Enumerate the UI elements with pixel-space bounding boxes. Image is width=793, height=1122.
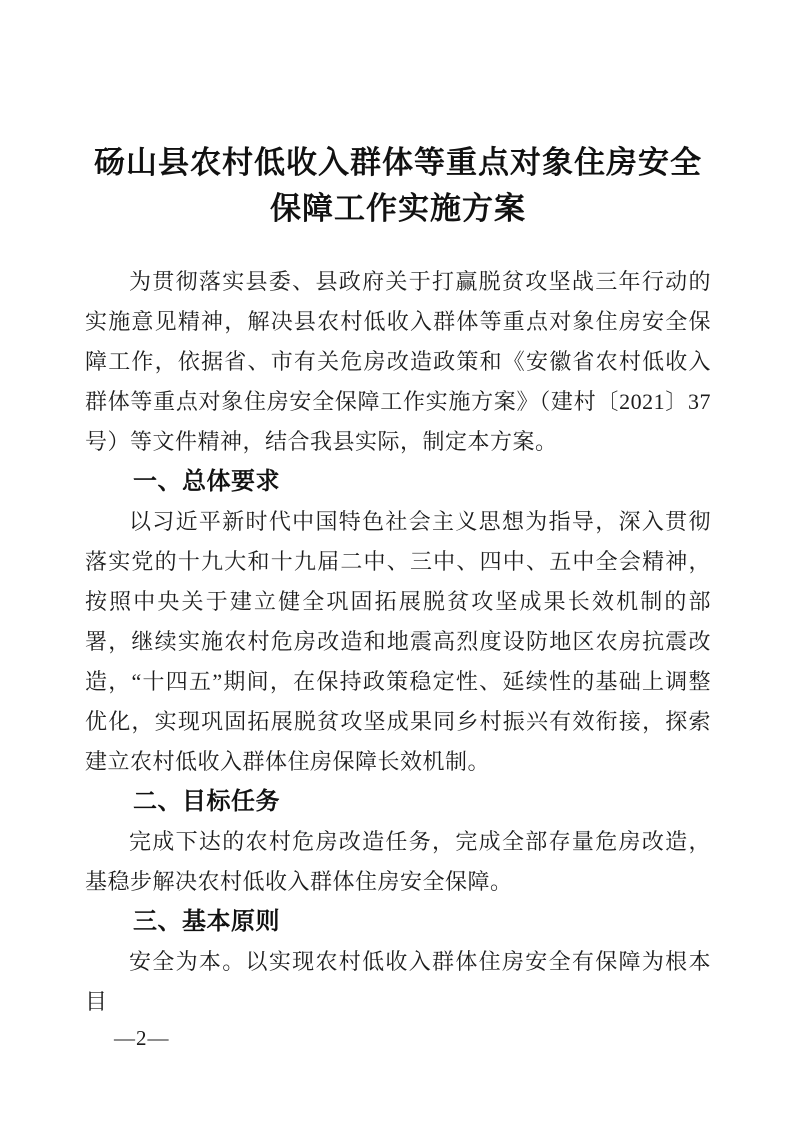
section-paragraph-goals-tasks: 完成下达的农村危房改造任务，完成全部存量危房改造，基稳步解决农村低收入群体住房安… [85,822,711,902]
page-number: —2— [114,1024,170,1052]
document-title-line-1: 砀山县农村低收入群体等重点对象住房安全 [85,140,711,186]
section-heading-goals-tasks: 二、目标任务 [85,782,711,822]
intro-paragraph: 为贯彻落实县委、县政府关于打赢脱贫攻坚战三年行动的实施意见精神，解决县农村低收入… [85,262,711,462]
document-page: 砀山县农村低收入群体等重点对象住房安全 保障工作实施方案 为贯彻落实县委、县政府… [0,0,793,1122]
section-paragraph-basic-principles: 安全为本。以实现农村低收入群体住房安全有保障为根本目 [85,942,711,1022]
section-heading-basic-principles: 三、基本原则 [85,902,711,942]
document-title: 砀山县农村低收入群体等重点对象住房安全 保障工作实施方案 [85,140,711,232]
section-paragraph-overall-requirements: 以习近平新时代中国特色社会主义思想为指导，深入贯彻落实党的十九大和十九届二中、三… [85,502,711,782]
section-heading-overall-requirements: 一、总体要求 [85,462,711,502]
document-title-line-2: 保障工作实施方案 [85,186,711,232]
